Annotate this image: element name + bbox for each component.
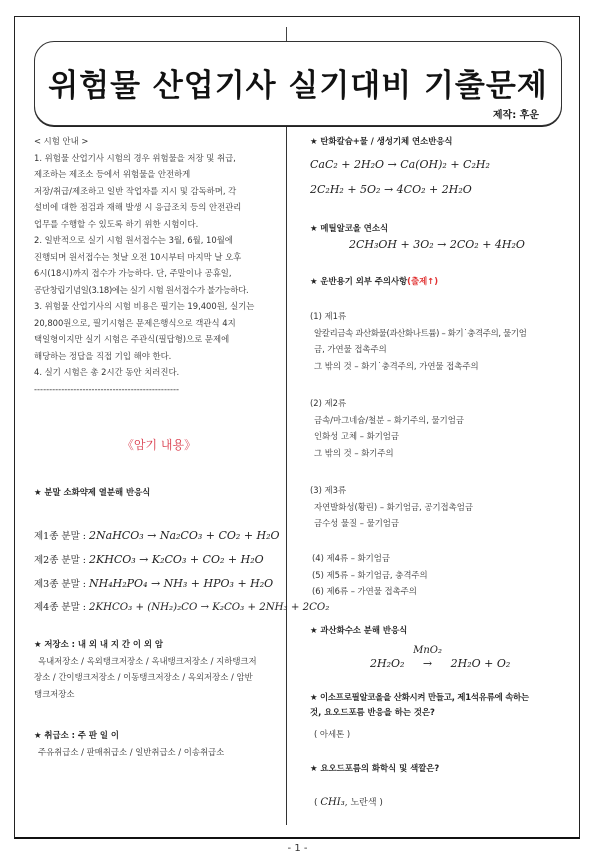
separator-line: ----------------------------------------… (34, 381, 280, 398)
answer2-color: , 노란색 (345, 798, 377, 808)
peroxide-equation: 2H₂O₂ MnO₂→ 2H₂O + O₂ (370, 652, 510, 671)
class3-block: (3) 제3류 자연발화성(황린) – 화기엄금, 공기접촉엄금 금수성 물질 … (310, 482, 575, 532)
memorize-section-title: 《암기 내용》 (34, 436, 284, 453)
handling-section: ★ 취급소 : 주 판 일 이 주유취급소 / 판매취급소 / 일반취급소 / … (34, 727, 284, 760)
storage-heading: ★ 저장소 : 내 외 내 지 간 이 외 암 (34, 636, 284, 653)
powder-heading: ★ 분말 소화약제 열분해 반응식 (34, 484, 284, 501)
carbide-equations: CaC₂ + 2H₂O → Ca(OH)₂ + C₂H₂ 2C₂H₂ + 5O₂… (310, 152, 490, 202)
class1-block: (1) 제1류 알칼리금속 과산화물(과산화나트륨) – 화기˙충격주의, 물기… (310, 308, 575, 374)
peroxide-section: ★ 과산화수소 분해 반응식 (310, 622, 575, 639)
left-column: < 시험 안내 > 1. 위험물 산업기사 시험의 경우 위험물을 저장 및 취… (34, 133, 284, 397)
author-label: 제작: 후운 (493, 106, 539, 121)
memorize-section-title-wrap: 《암기 내용》 (34, 436, 284, 453)
handling-heading: ★ 취급소 : 주 판 일 이 (34, 727, 284, 744)
powder-equations: 제1종 분말 : 2NaHCO₃ → Na₂CO₃ + CO₂ + H₂O 제2… (34, 524, 304, 619)
class3-line: 자연발화성(황린) – 화기엄금, 공기접촉엄금 (310, 499, 575, 516)
methanol-equation: 2CH₃OH + 3O₂ → 2CO₂ + 4H₂O (349, 238, 525, 251)
transport-section: ★ 운반용기 외부 주의사항(출제↑) (310, 273, 575, 290)
class1-line: 그 밖의 것 – 화기˙충격주의, 가연물 접촉주의 (310, 358, 575, 375)
carbide-equation-1: CaC₂ + 2H₂O → Ca(OH)₂ + C₂H₂ (310, 152, 490, 177)
question1-line: 것, 요오드포름 반응을 하는 것은? (310, 705, 580, 720)
peroxide-products: 2H₂O + O₂ (451, 657, 511, 670)
intro-line: 제조하는 제조소 등에서 위험물을 안전하게 (34, 166, 284, 183)
answer2-formula: CHI₃ (320, 797, 344, 808)
question2-line: ★ 요오드포름의 화학식 및 색깔은? (310, 760, 575, 777)
class2-line: 인화성 고체 – 화기엄금 (310, 428, 575, 445)
answer1: ( 아세톤 ) (314, 726, 350, 743)
peroxide-reactant: 2H₂O₂ (370, 657, 404, 670)
exam-frequency-badge: (출제↑) (407, 276, 438, 286)
powder-equation-3: 제3종 분말 : NH₄H₂PO₄ → NH₃ + HPO₃ + H₂O (34, 572, 304, 596)
storage-line: 옥내저장소 / 옥외탱크저장소 / 옥내탱크저장소 / 지하탱크저 (34, 653, 284, 670)
methanol-heading: ★ 메틸알코올 연소식 (310, 220, 388, 237)
intro-line: 20,800원으로, 필기시험은 문제은행식으로 객관식 4지 (34, 315, 284, 332)
storage-line: 장소 / 간이탱크저장소 / 이동탱크저장소 / 옥외저장소 / 암반 (34, 669, 284, 686)
class3-line: 금수성 물질 – 물기엄금 (310, 515, 575, 532)
carbide-equation-2: 2C₂H₂ + 5O₂ → 4CO₂ + 2H₂O (310, 177, 490, 202)
class6-line: (6) 제6류 – 가연물 접촉주의 (312, 583, 577, 600)
class1-title: (1) 제1류 (310, 308, 575, 325)
intro-line: 저장/취급/제조하고 일반 작업자를 지시 및 감독하며, 각 (34, 183, 284, 200)
intro-line: 1. 위험물 산업기사 시험의 경우 위험물을 저장 및 취급, (34, 150, 284, 167)
intro-heading: < 시험 안내 > (34, 133, 284, 150)
transport-heading-line: ★ 운반용기 외부 주의사항(출제↑) (310, 273, 575, 290)
class1-line: 알칼리금속 과산화물(과산화나트륨) – 화기˙충격주의, 물기엄 (310, 325, 575, 342)
carbide-section: ★ 탄화칼슘+물 / 생성기체 연소반응식 (310, 133, 575, 150)
page-title: 위험물 산업기사 실기대비 기출문제 (35, 60, 561, 105)
carbide-heading: ★ 탄화칼슘+물 / 생성기체 연소반응식 (310, 133, 575, 150)
title-box: 위험물 산업기사 실기대비 기출문제 제작: 후운 (34, 41, 562, 126)
intro-line: 해당하는 정답을 직접 기입 해야 한다. (34, 348, 284, 365)
question2-block: ★ 요오드포름의 화학식 및 색깔은? (310, 760, 575, 777)
class2-line: 그 밖의 것 – 화기주의 (310, 445, 575, 462)
methanol-section: ★ 메틸알코올 연소식 (310, 220, 388, 237)
class5-line: (5) 제5류 – 화기엄금, 충격주의 (312, 567, 577, 584)
class1-line: 금, 가연물 접촉주의 (310, 341, 575, 358)
methanol-equation-wrap: 2CH₃OH + 3O₂ → 2CO₂ + 4H₂O (349, 238, 525, 251)
intro-line: 공단창립기념일(3.18)에는 실기 시험 원서접수가 불가능하다. (34, 282, 284, 299)
peroxide-arrow: MnO₂→ (410, 657, 446, 670)
intro-line: 업무를 수행할 수 있도록 하기 위한 시험이다. (34, 216, 284, 233)
storage-section: ★ 저장소 : 내 외 내 지 간 이 외 암 옥내저장소 / 옥외탱크저장소 … (34, 636, 284, 702)
column-divider (286, 126, 287, 825)
class4-line: (4) 제4류 – 화기엄금 (312, 550, 577, 567)
question1-line: ★ 이소프로필알코올을 산화시켜 만들고, 제1석유류에 속하는 (310, 690, 580, 705)
intro-line: 6시(18시)까지 접수가 가능하다. 단, 주말이나 공휴일, (34, 265, 284, 282)
page-number: - 1 - (0, 843, 595, 854)
class2-block: (2) 제2류 금속/마그네슘/철분 – 화기주의, 물기엄금 인화성 고체 –… (310, 395, 575, 461)
intro-text: 1. 위험물 산업기사 시험의 경우 위험물을 저장 및 취급, 제조하는 제조… (34, 150, 284, 381)
powder-section: ★ 분말 소화약제 열분해 반응식 (34, 484, 284, 501)
peroxide-catalyst: MnO₂ (410, 645, 446, 656)
intro-line: 진행되며 원서접수는 첫날 오전 10시부터 마지막 날 오후 (34, 249, 284, 266)
powder-equation-1: 제1종 분말 : 2NaHCO₃ → Na₂CO₃ + CO₂ + H₂O (34, 524, 304, 548)
class3-title: (3) 제3류 (310, 482, 575, 499)
peroxide-heading: ★ 과산화수소 분해 반응식 (310, 622, 575, 639)
intro-line: 2. 일반적으로 실기 시험 원서접수는 3월, 6월, 10월에 (34, 232, 284, 249)
question1-block: ★ 이소프로필알코올을 산화시켜 만들고, 제1석유류에 속하는 것, 요오드포… (310, 690, 580, 720)
class-others-block: (4) 제4류 – 화기엄금 (5) 제5류 – 화기엄금, 충격주의 (6) … (312, 550, 577, 600)
intro-line: 택일형이지만 실기 시험은 주관식(필답형)으로 문제에 (34, 331, 284, 348)
intro-line: 3. 위험물 산업기사의 시험 비용은 필기는 19,400원, 실기는 (34, 298, 284, 315)
column-divider-top (286, 27, 287, 41)
storage-line: 탱크저장소 (34, 686, 284, 703)
answer2: ( CHI₃, 노란색 ) (314, 795, 383, 808)
powder-equation-4: 제4종 분말 : 2KHCO₃ + (NH₂)₂CO → K₂CO₃ + 2NH… (34, 596, 304, 619)
intro-line: 4. 실기 시험은 총 2시간 동안 치러진다. (34, 364, 284, 381)
handling-line: 주유취급소 / 판매취급소 / 일반취급소 / 이송취급소 (34, 744, 284, 761)
intro-line: 설비에 대한 점검과 재해 발생 시 응급조치 등의 안전관리 (34, 199, 284, 216)
class2-line: 금속/마그네슘/철분 – 화기주의, 물기엄금 (310, 412, 575, 429)
class2-title: (2) 제2류 (310, 395, 575, 412)
powder-equation-2: 제2종 분말 : 2KHCO₃ → K₂CO₃ + CO₂ + H₂O (34, 548, 304, 572)
